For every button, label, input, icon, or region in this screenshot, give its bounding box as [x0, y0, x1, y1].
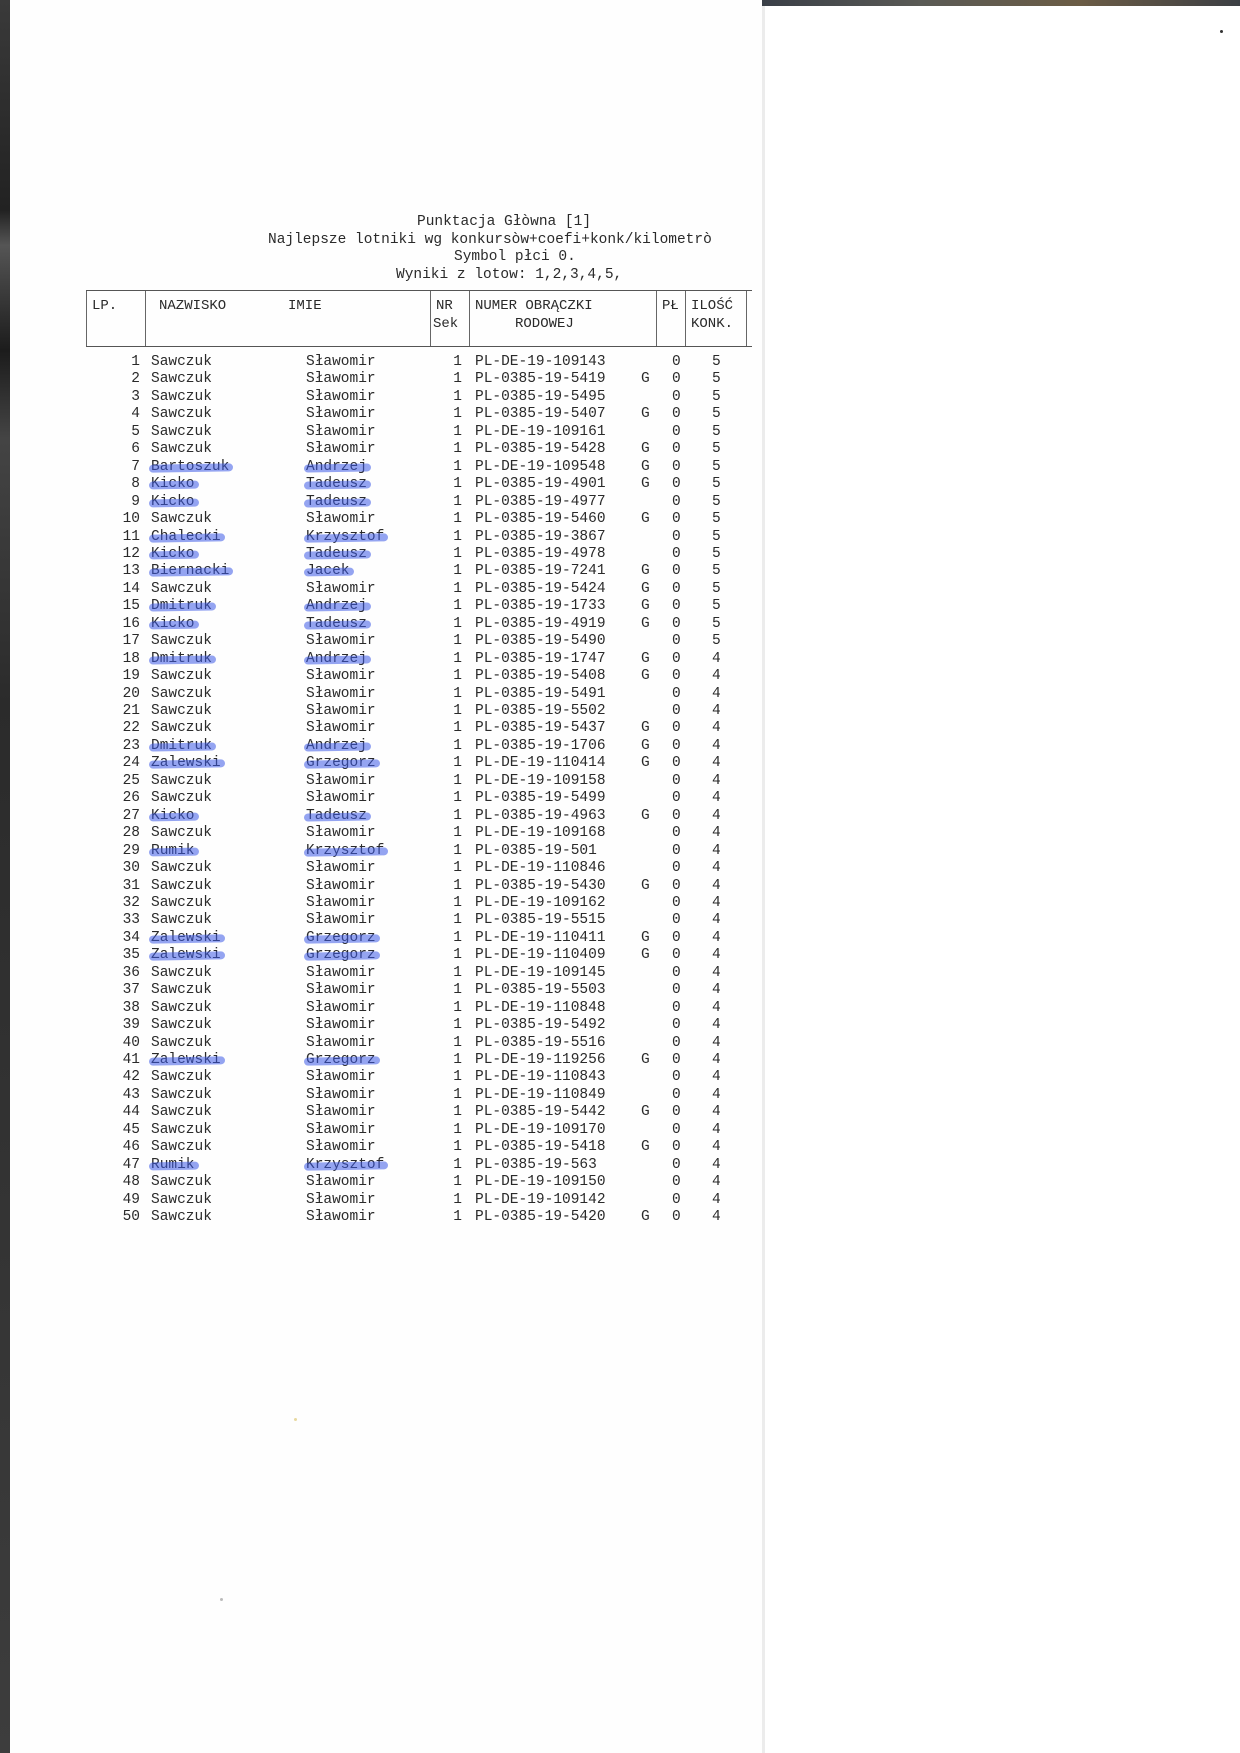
row-number: 6 [86, 441, 140, 459]
row-first-name: Sławomir [306, 773, 376, 791]
highlighter-strike: Kicko [151, 494, 195, 510]
row-first-name: Tadeusz [306, 494, 367, 512]
row-section: 1 [440, 424, 462, 442]
row-sex: 0 [672, 686, 681, 704]
row-g-flag: G [641, 738, 650, 756]
row-section: 1 [440, 965, 462, 983]
row-section: 1 [440, 982, 462, 1000]
row-ring-number: PL-0385-19-5442 [475, 1104, 606, 1122]
row-contest-count: 4 [712, 982, 721, 1000]
row-number: 28 [86, 825, 140, 843]
row-contest-count: 4 [712, 1035, 721, 1053]
row-contest-count: 5 [712, 546, 721, 564]
highlighter-strike: Andrzej [306, 598, 367, 614]
row-section: 1 [440, 633, 462, 651]
row-contest-count: 5 [712, 581, 721, 599]
row-number: 35 [86, 947, 140, 965]
row-number: 32 [86, 895, 140, 913]
row-ring-number: PL-0385-19-5437 [475, 720, 606, 738]
row-number: 49 [86, 1192, 140, 1210]
row-number: 22 [86, 720, 140, 738]
highlighter-strike: Kicko [151, 808, 195, 824]
row-first-name: Sławomir [306, 912, 376, 930]
row-number: 41 [86, 1052, 140, 1070]
row-surname: Sawczuk [151, 1174, 212, 1192]
highlighter-strike: Biernacki [151, 563, 229, 579]
row-contest-count: 4 [712, 1104, 721, 1122]
highlighter-strike: Tadeusz [306, 546, 367, 562]
row-first-name: Grzegorz [306, 930, 376, 948]
row-contest-count: 4 [712, 790, 721, 808]
row-contest-count: 4 [712, 703, 721, 721]
table-header: LP. NAZWISKO IMIE NR Sek NUMER OBRĄCZKI … [86, 290, 752, 347]
row-contest-count: 4 [712, 668, 721, 686]
row-contest-count: 5 [712, 494, 721, 512]
row-section: 1 [440, 1035, 462, 1053]
row-ring-number: PL-DE-19-110848 [475, 1000, 606, 1018]
row-contest-count: 4 [712, 965, 721, 983]
row-ring-number: PL-DE-19-110411 [475, 930, 606, 948]
row-surname: Sawczuk [151, 633, 212, 651]
row-first-name: Krzysztof [306, 843, 384, 861]
column-divider [656, 291, 657, 346]
row-number: 33 [86, 912, 140, 930]
document-page: Punktacja Głòwna [1] Najlepsze lotniki w… [10, 0, 762, 1753]
row-ring-number: PL-0385-19-4901 [475, 476, 606, 494]
row-contest-count: 5 [712, 424, 721, 442]
row-ring-number: PL-DE-19-109145 [475, 965, 606, 983]
row-first-name: Sławomir [306, 581, 376, 599]
row-sex: 0 [672, 982, 681, 1000]
row-ring-number: PL-DE-19-119256 [475, 1052, 606, 1070]
row-sex: 0 [672, 1017, 681, 1035]
row-g-flag: G [641, 616, 650, 634]
highlighter-strike: Tadeusz [306, 476, 367, 492]
row-g-flag: G [641, 808, 650, 826]
row-first-name: Tadeusz [306, 546, 367, 564]
row-ring-number: PL-0385-19-5424 [475, 581, 606, 599]
row-contest-count: 4 [712, 773, 721, 791]
row-sex: 0 [672, 424, 681, 442]
row-sex: 0 [672, 529, 681, 547]
row-section: 1 [440, 1000, 462, 1018]
header-ring-line2: RODOWEJ [515, 315, 574, 333]
row-sex: 0 [672, 546, 681, 564]
row-section: 1 [440, 808, 462, 826]
row-sex: 0 [672, 581, 681, 599]
row-ring-number: PL-0385-19-4978 [475, 546, 606, 564]
row-surname: Sawczuk [151, 1192, 212, 1210]
row-number: 48 [86, 1174, 140, 1192]
row-number: 25 [86, 773, 140, 791]
row-section: 1 [440, 1209, 462, 1227]
row-ring-number: PL-DE-19-110846 [475, 860, 606, 878]
row-ring-number: PL-0385-19-5499 [475, 790, 606, 808]
highlighter-strike: Krzysztof [306, 843, 384, 859]
row-number: 36 [86, 965, 140, 983]
highlighter-strike: Grzegorz [306, 930, 376, 946]
row-section: 1 [440, 755, 462, 773]
row-section: 1 [440, 406, 462, 424]
row-number: 9 [86, 494, 140, 512]
row-sex: 0 [672, 1157, 681, 1175]
row-section: 1 [440, 912, 462, 930]
highlighter-strike: Zalewski [151, 755, 221, 771]
row-sex: 0 [672, 843, 681, 861]
row-first-name: Sławomir [306, 790, 376, 808]
row-section: 1 [440, 1139, 462, 1157]
row-sex: 0 [672, 1192, 681, 1210]
row-contest-count: 5 [712, 529, 721, 547]
row-ring-number: PL-0385-19-5430 [475, 878, 606, 896]
row-ring-number: PL-DE-19-109162 [475, 895, 606, 913]
row-section: 1 [440, 1052, 462, 1070]
row-surname: Sawczuk [151, 1209, 212, 1227]
row-surname: Bartoszuk [151, 459, 229, 477]
row-ring-number: PL-0385-19-4977 [475, 494, 606, 512]
row-ring-number: PL-0385-19-501 [475, 843, 597, 861]
row-sex: 0 [672, 825, 681, 843]
row-first-name: Sławomir [306, 965, 376, 983]
row-surname: Sawczuk [151, 860, 212, 878]
row-number: 27 [86, 808, 140, 826]
row-number: 20 [86, 686, 140, 704]
row-ring-number: PL-0385-19-4963 [475, 808, 606, 826]
row-first-name: Sławomir [306, 633, 376, 651]
row-contest-count: 4 [712, 651, 721, 669]
header-sek: Sek [433, 315, 458, 333]
row-contest-count: 4 [712, 843, 721, 861]
row-section: 1 [440, 1192, 462, 1210]
row-first-name: Grzegorz [306, 1052, 376, 1070]
row-section: 1 [440, 651, 462, 669]
row-surname: Sawczuk [151, 895, 212, 913]
row-number: 45 [86, 1122, 140, 1140]
row-ring-number: PL-0385-19-5502 [475, 703, 606, 721]
row-sex: 0 [672, 808, 681, 826]
highlighter-strike: Tadeusz [306, 494, 367, 510]
highlighter-strike: Krzysztof [306, 1157, 384, 1173]
row-contest-count: 5 [712, 511, 721, 529]
second-sheet [762, 6, 1240, 1753]
row-first-name: Sławomir [306, 441, 376, 459]
row-first-name: Andrzej [306, 651, 367, 669]
highlighter-strike: Zalewski [151, 930, 221, 946]
row-ring-number: PL-DE-19-109142 [475, 1192, 606, 1210]
row-g-flag: G [641, 755, 650, 773]
row-sex: 0 [672, 1035, 681, 1053]
row-surname: Sawczuk [151, 965, 212, 983]
row-first-name: Sławomir [306, 895, 376, 913]
row-ring-number: PL-0385-19-563 [475, 1157, 597, 1175]
row-surname: Sawczuk [151, 581, 212, 599]
row-contest-count: 4 [712, 930, 721, 948]
row-first-name: Andrzej [306, 738, 367, 756]
row-sex: 0 [672, 703, 681, 721]
row-surname: Kicko [151, 546, 195, 564]
row-surname: Sawczuk [151, 511, 212, 529]
row-contest-count: 5 [712, 441, 721, 459]
row-first-name: Sławomir [306, 720, 376, 738]
row-number: 40 [86, 1035, 140, 1053]
row-contest-count: 5 [712, 616, 721, 634]
row-surname: Sawczuk [151, 1000, 212, 1018]
highlighter-strike: Dmitruk [151, 598, 212, 614]
flights-line: Wyniki z lotow: 1,2,3,4,5, [396, 267, 622, 285]
row-ring-number: PL-DE-19-109548 [475, 459, 606, 477]
row-first-name: Sławomir [306, 860, 376, 878]
highlighter-strike: Tadeusz [306, 808, 367, 824]
column-divider [746, 291, 747, 346]
row-surname: Sawczuk [151, 825, 212, 843]
row-ring-number: PL-DE-19-109170 [475, 1122, 606, 1140]
row-g-flag: G [641, 1139, 650, 1157]
row-first-name: Krzysztof [306, 529, 384, 547]
row-sex: 0 [672, 878, 681, 896]
row-g-flag: G [641, 651, 650, 669]
row-contest-count: 4 [712, 686, 721, 704]
row-sex: 0 [672, 720, 681, 738]
row-number: 5 [86, 424, 140, 442]
row-sex: 0 [672, 1139, 681, 1157]
scan-speck [220, 1598, 223, 1601]
row-number: 8 [86, 476, 140, 494]
row-sex: 0 [672, 354, 681, 372]
row-number: 42 [86, 1069, 140, 1087]
row-section: 1 [440, 459, 462, 477]
row-section: 1 [440, 668, 462, 686]
row-surname: Sawczuk [151, 406, 212, 424]
row-sex: 0 [672, 494, 681, 512]
row-section: 1 [440, 1017, 462, 1035]
header-lp: LP. [92, 297, 117, 315]
row-surname: Dmitruk [151, 738, 212, 756]
row-g-flag: G [641, 581, 650, 599]
row-ring-number: PL-0385-19-1733 [475, 598, 606, 616]
row-section: 1 [440, 895, 462, 913]
row-section: 1 [440, 494, 462, 512]
row-sex: 0 [672, 912, 681, 930]
header-surname: NAZWISKO [159, 297, 226, 315]
row-first-name: Sławomir [306, 371, 376, 389]
row-sex: 0 [672, 459, 681, 477]
row-sex: 0 [672, 1104, 681, 1122]
row-g-flag: G [641, 1104, 650, 1122]
row-surname: Sawczuk [151, 1035, 212, 1053]
row-g-flag: G [641, 371, 650, 389]
row-ring-number: PL-0385-19-5418 [475, 1139, 606, 1157]
row-ring-number: PL-DE-19-110414 [475, 755, 606, 773]
row-g-flag: G [641, 511, 650, 529]
row-section: 1 [440, 738, 462, 756]
gender-symbol-line: Symbol płci 0. [454, 249, 576, 267]
row-sex: 0 [672, 1174, 681, 1192]
row-g-flag: G [641, 406, 650, 424]
row-first-name: Sławomir [306, 703, 376, 721]
row-number: 4 [86, 406, 140, 424]
row-section: 1 [440, 441, 462, 459]
row-number: 26 [86, 790, 140, 808]
row-ring-number: PL-DE-19-110849 [475, 1087, 606, 1105]
row-contest-count: 4 [712, 1157, 721, 1175]
row-sex: 0 [672, 598, 681, 616]
row-ring-number: PL-0385-19-5419 [475, 371, 606, 389]
row-section: 1 [440, 511, 462, 529]
row-ring-number: PL-0385-19-5407 [475, 406, 606, 424]
row-section: 1 [440, 790, 462, 808]
row-contest-count: 4 [712, 1192, 721, 1210]
row-surname: Zalewski [151, 930, 221, 948]
row-sex: 0 [672, 511, 681, 529]
row-number: 18 [86, 651, 140, 669]
row-section: 1 [440, 773, 462, 791]
row-section: 1 [440, 947, 462, 965]
row-ring-number: PL-0385-19-3867 [475, 529, 606, 547]
highlighter-strike: Tadeusz [306, 616, 367, 632]
row-surname: Dmitruk [151, 651, 212, 669]
row-g-flag: G [641, 1209, 650, 1227]
row-contest-count: 4 [712, 1069, 721, 1087]
row-surname: Sawczuk [151, 1017, 212, 1035]
row-first-name: Sławomir [306, 1122, 376, 1140]
row-number: 31 [86, 878, 140, 896]
row-surname: Chalecki [151, 529, 221, 547]
row-section: 1 [440, 825, 462, 843]
report-title: Punktacja Głòwna [1] [417, 214, 591, 232]
highlighter-strike: Kicko [151, 476, 195, 492]
header-konk-line2: KONK. [691, 315, 733, 333]
row-ring-number: PL-DE-19-109168 [475, 825, 606, 843]
row-g-flag: G [641, 1052, 650, 1070]
row-number: 34 [86, 930, 140, 948]
row-surname: Sawczuk [151, 686, 212, 704]
row-ring-number: PL-DE-19-109150 [475, 1174, 606, 1192]
row-surname: Sawczuk [151, 912, 212, 930]
row-sex: 0 [672, 738, 681, 756]
row-surname: Sawczuk [151, 790, 212, 808]
row-ring-number: PL-0385-19-5516 [475, 1035, 606, 1053]
row-sex: 0 [672, 371, 681, 389]
row-number: 39 [86, 1017, 140, 1035]
row-ring-number: PL-DE-19-109143 [475, 354, 606, 372]
row-section: 1 [440, 1157, 462, 1175]
row-first-name: Sławomir [306, 1069, 376, 1087]
row-g-flag: G [641, 947, 650, 965]
row-sex: 0 [672, 389, 681, 407]
highlighter-strike: Grzegorz [306, 755, 376, 771]
row-first-name: Sławomir [306, 1035, 376, 1053]
row-surname: Sawczuk [151, 354, 212, 372]
row-sex: 0 [672, 1209, 681, 1227]
row-contest-count: 5 [712, 633, 721, 651]
highlighter-strike: Bartoszuk [151, 459, 229, 475]
row-contest-count: 4 [712, 1122, 721, 1140]
highlighter-strike: Andrzej [306, 459, 367, 475]
row-sex: 0 [672, 965, 681, 983]
row-sex: 0 [672, 563, 681, 581]
row-first-name: Sławomir [306, 1192, 376, 1210]
row-section: 1 [440, 616, 462, 634]
row-section: 1 [440, 389, 462, 407]
row-section: 1 [440, 581, 462, 599]
highlighter-strike: Dmitruk [151, 651, 212, 667]
row-g-flag: G [641, 878, 650, 896]
row-g-flag: G [641, 668, 650, 686]
row-surname: Sawczuk [151, 389, 212, 407]
row-ring-number: PL-0385-19-5495 [475, 389, 606, 407]
row-contest-count: 4 [712, 1017, 721, 1035]
row-sex: 0 [672, 930, 681, 948]
row-first-name: Tadeusz [306, 476, 367, 494]
row-number: 3 [86, 389, 140, 407]
row-g-flag: G [641, 930, 650, 948]
row-first-name: Sławomir [306, 1087, 376, 1105]
row-number: 2 [86, 371, 140, 389]
highlighter-strike: Rumik [151, 843, 195, 859]
row-surname: Kicko [151, 476, 195, 494]
row-contest-count: 4 [712, 878, 721, 896]
row-sex: 0 [672, 790, 681, 808]
highlighter-strike: Krzysztof [306, 529, 384, 545]
row-surname: Rumik [151, 1157, 195, 1175]
highlighter-strike: Grzegorz [306, 1052, 376, 1068]
row-ring-number: PL-DE-19-110409 [475, 947, 606, 965]
row-section: 1 [440, 720, 462, 738]
row-sex: 0 [672, 773, 681, 791]
row-ring-number: PL-DE-19-109158 [475, 773, 606, 791]
highlighter-strike: Andrzej [306, 651, 367, 667]
row-surname: Sawczuk [151, 1069, 212, 1087]
row-number: 7 [86, 459, 140, 477]
row-sex: 0 [672, 406, 681, 424]
row-surname: Sawczuk [151, 441, 212, 459]
row-surname: Sawczuk [151, 703, 212, 721]
column-divider [86, 291, 87, 346]
row-contest-count: 5 [712, 406, 721, 424]
row-contest-count: 4 [712, 1052, 721, 1070]
row-ring-number: PL-0385-19-5492 [475, 1017, 606, 1035]
row-section: 1 [440, 1087, 462, 1105]
row-number: 23 [86, 738, 140, 756]
row-surname: Biernacki [151, 563, 229, 581]
row-number: 21 [86, 703, 140, 721]
highlighter-strike: Grzegorz [306, 947, 376, 963]
row-ring-number: PL-DE-19-110843 [475, 1069, 606, 1087]
row-surname: Sawczuk [151, 1104, 212, 1122]
row-sex: 0 [672, 947, 681, 965]
row-contest-count: 5 [712, 459, 721, 477]
row-first-name: Sławomir [306, 1209, 376, 1227]
row-contest-count: 5 [712, 598, 721, 616]
row-first-name: Sławomir [306, 825, 376, 843]
row-contest-count: 4 [712, 1174, 721, 1192]
row-sex: 0 [672, 441, 681, 459]
highlighter-strike: Rumik [151, 1157, 195, 1173]
row-sex: 0 [672, 668, 681, 686]
row-first-name: Jacek [306, 563, 350, 581]
row-surname: Sawczuk [151, 371, 212, 389]
row-section: 1 [440, 686, 462, 704]
highlighter-strike: Zalewski [151, 947, 221, 963]
row-g-flag: G [641, 563, 650, 581]
column-divider [145, 291, 146, 346]
row-section: 1 [440, 843, 462, 861]
row-number: 13 [86, 563, 140, 581]
row-g-flag: G [641, 720, 650, 738]
row-surname: Dmitruk [151, 598, 212, 616]
row-ring-number: PL-0385-19-5420 [475, 1209, 606, 1227]
row-contest-count: 4 [712, 912, 721, 930]
